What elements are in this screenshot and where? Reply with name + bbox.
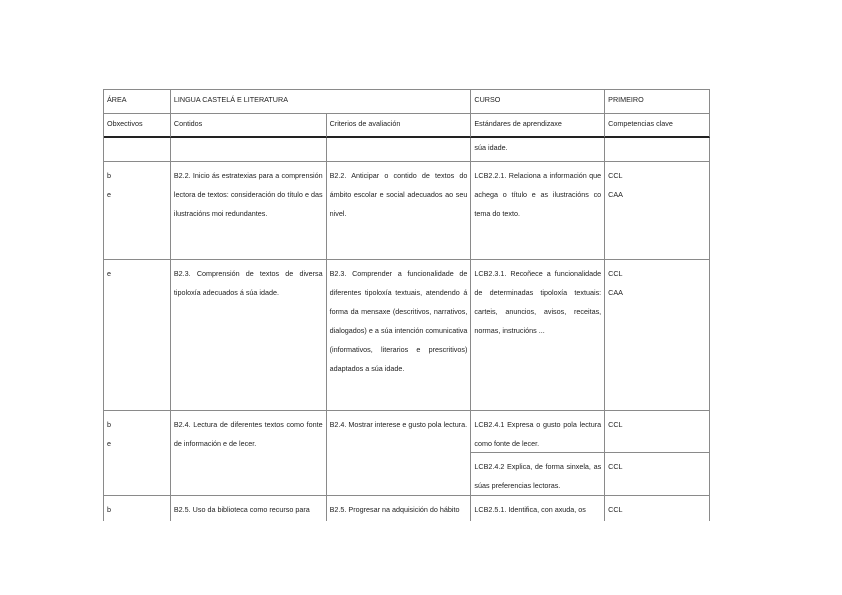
col-header-contidos: Contidos [171, 114, 327, 138]
obxectivos-cell: b [104, 496, 171, 521]
table-row: e B2.3. Comprensión de textos de diversa… [103, 260, 710, 411]
estandar-item: LCB2.4.1 Expresa o gusto pola lectura co… [471, 411, 604, 453]
obxectivos-cell: e [104, 260, 171, 411]
contidos-cell: B2.4. Lectura de diferentes textos como … [171, 411, 327, 496]
table-row: b e B2.4. Lectura de diferentes textos c… [103, 411, 710, 496]
criterios-cell: B2.2. Anticipar o contido de textos do á… [327, 162, 472, 260]
estandares-cell: LCB2.3.1. Recoñece a funcionalidade de d… [471, 260, 605, 411]
obxectivos-cell: b e [104, 411, 171, 496]
header-row-area: ÁREA LINGUA CASTELÁ E LITERATURA CURSO P… [103, 89, 710, 114]
estandares-continuation: súa idade. [471, 138, 605, 162]
contidos-cell: B2.5. Uso da biblioteca como recurso par… [171, 496, 327, 521]
estandares-cell: LCB2.4.1 Expresa o gusto pola lectura co… [471, 411, 605, 496]
col-header-obxectivos: Obxectivos [104, 114, 171, 138]
table-row-continuation: súa idade. [103, 138, 710, 162]
estandar-item: LCB2.4.2 Explica, de forma sinxela, as s… [471, 453, 604, 495]
col-header-estandares: Estándares de aprendizaxe [471, 114, 605, 138]
competencias-cell: CCL [605, 496, 710, 521]
criterios-cell: B2.3. Comprender a funcionalidade de dif… [327, 260, 472, 411]
criterios-cell: B2.5. Progresar na adquisición do hábito [327, 496, 472, 521]
obxectivos-cell: b e [104, 162, 171, 260]
estandares-cell: LCB2.5.1. Identifica, con axuda, os [471, 496, 605, 521]
col-header-competencias: Competencias clave [605, 114, 710, 138]
contidos-cell: B2.2. Inicio ás estratexias para a compr… [171, 162, 327, 260]
table-row: b B2.5. Uso da biblioteca como recurso p… [103, 496, 710, 521]
competencias-cell: CCL CAA [605, 260, 710, 411]
contidos-cell: B2.3. Comprensión de textos de diversa t… [171, 260, 327, 411]
competencias-cell: CCL CCL [605, 411, 710, 496]
curriculum-table: ÁREA LINGUA CASTELÁ E LITERATURA CURSO P… [103, 89, 710, 521]
curso-label: CURSO [471, 90, 605, 114]
table-row: b e B2.2. Inicio ás estratexias para a c… [103, 162, 710, 260]
column-header-row: Obxectivos Contidos Criterios de avaliac… [103, 114, 710, 138]
area-label: ÁREA [104, 90, 171, 114]
criterios-cell: B2.4. Mostrar interese e gusto pola lect… [327, 411, 472, 496]
competencias-cell: CCL CAA [605, 162, 710, 260]
estandares-cell: LCB2.2.1. Relaciona a información que ac… [471, 162, 605, 260]
area-value: LINGUA CASTELÁ E LITERATURA [171, 90, 472, 114]
curso-value: PRIMEIRO [605, 90, 710, 114]
col-header-criterios: Criterios de avaliación [327, 114, 472, 138]
